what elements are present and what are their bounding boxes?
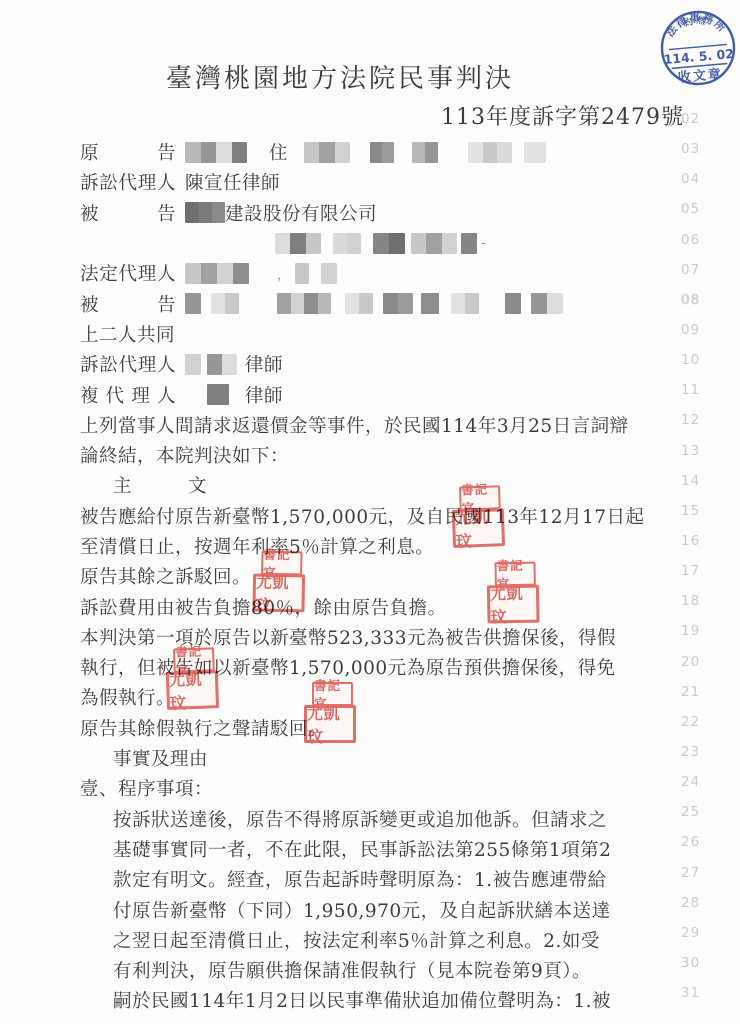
redaction-cell: [531, 293, 547, 314]
line-number: 04: [681, 164, 700, 194]
clerk-seal-stamp: 書記官尤凱玟: [486, 562, 541, 623]
redaction-cell: [451, 293, 465, 314]
text-segment: 律師: [245, 351, 283, 377]
line-number: 10: [681, 345, 700, 375]
doc-line: 訴訟代理人陳宣任律師: [80, 167, 680, 197]
label-char: 人: [157, 382, 176, 408]
doc-line: 嗣於民國114年1月2日以民事準備狀追加備位聲明為：1.被: [80, 985, 680, 1015]
redaction-cell: [382, 142, 394, 163]
redaction-cell: [319, 142, 334, 163]
redaction-cell: [211, 293, 225, 314]
redaction-cell: [524, 142, 546, 163]
redaction-block: [185, 293, 201, 314]
spacer: [394, 152, 412, 153]
text-segment: 上二人共同: [80, 321, 175, 347]
text-segment: 原告其餘之訴駁回。: [80, 563, 251, 589]
label-char: 代: [118, 351, 137, 377]
text-segment: 律師: [245, 382, 283, 408]
doc-line: 有利判決，原告願供擔保請准假執行（見本院卷第9頁）。: [80, 955, 680, 985]
doc-line: 法定代理人，: [80, 258, 680, 288]
spacer: [361, 243, 373, 244]
line-number: 14: [681, 466, 700, 496]
redaction-cell: [389, 233, 405, 254]
doc-line: 付原告新臺幣（下同）1,950,970元，及自起訴狀繕本送達: [80, 894, 680, 924]
line-number: 07: [681, 255, 700, 285]
label-char: 告: [157, 200, 176, 226]
label-char: 定: [99, 260, 118, 286]
spacer: [438, 152, 468, 153]
doc-line: 壹、程序事項：: [80, 773, 680, 803]
line-number: 21: [681, 677, 700, 707]
line-number: 11: [681, 375, 700, 405]
spacer: [309, 273, 321, 274]
doc-line: 上二人共同: [80, 319, 680, 349]
redaction-cell: [291, 293, 305, 314]
redaction-cell: [412, 142, 425, 163]
text-segment: 建設股份有限公司: [225, 200, 377, 226]
line-label: 訴訟代理人: [80, 351, 176, 377]
line-number: 16: [681, 526, 700, 556]
redaction-cell: [425, 142, 438, 163]
label-char: 理: [131, 382, 150, 408]
label-char: 訟: [99, 351, 118, 377]
redaction-cell: [497, 142, 512, 163]
redaction-block: [524, 142, 546, 163]
redaction-cell: [201, 142, 217, 163]
redaction-cell: [411, 233, 426, 254]
redaction-cell: [505, 293, 521, 314]
label-char: 複: [80, 382, 99, 408]
spacer: [479, 303, 505, 304]
spacer: [229, 394, 245, 395]
text-segment: 原告其餘假執行之聲請駁回。: [80, 715, 327, 741]
redaction-block: [461, 233, 477, 254]
redaction-cell: [225, 293, 239, 314]
redaction-block: [373, 233, 405, 254]
redaction-block: [275, 233, 321, 254]
clerk-seal-name: 尤凱玟: [252, 574, 305, 613]
line-number: 29: [681, 918, 700, 948]
spacer: [185, 394, 207, 395]
redaction-block: [185, 142, 247, 163]
label-char: 訴: [80, 351, 99, 377]
text-segment: 論終結，本院判決如下：: [80, 442, 289, 468]
redaction-block: [277, 293, 331, 314]
label-char: 訟: [99, 169, 118, 195]
line-number: 22: [681, 707, 700, 737]
doc-line: 至清償日止，按週年利率5％計算之利息。: [80, 531, 680, 561]
spacer: [249, 273, 277, 274]
redaction-cell: [421, 293, 439, 314]
document-body: 原告住訴訟代理人陳宣任律師被告建設股份有限公司-法定代理人，被告上二人共同訴訟代…: [80, 137, 680, 1016]
clerk-seal-name: 尤凱玟: [452, 508, 505, 548]
redaction-cell: [185, 354, 201, 375]
doc-line: 被告應給付原告新臺幣1,570,000元，及自民國113年12月17日起: [80, 501, 680, 531]
line-number: 30: [681, 948, 700, 978]
doc-line: 按訴狀送達後，原告不得將原訴變更或追加他訴。但請求之: [80, 804, 680, 834]
redaction-cell: [217, 263, 233, 284]
label-char: 代: [118, 260, 137, 286]
redaction-cell: [347, 233, 361, 254]
doc-line: 原告住: [80, 137, 680, 167]
text-segment: 被告應給付原告新臺幣1,570,000元，及自民國113年12月17日起: [80, 503, 645, 529]
doc-line: 原告其餘假執行之聲請駁回。: [80, 713, 680, 743]
spacer: [373, 303, 383, 304]
redaction-cell: [465, 293, 479, 314]
scanned-judgment-page: 臺灣桃園地方法院民事判決 113年度訴字第2479號 原告住訴訟代理人陳宣任律師…: [0, 0, 740, 1024]
redaction-cell: [277, 293, 291, 314]
doc-line: 論終結，本院判決如下：: [80, 440, 680, 470]
line-number: 03: [681, 134, 700, 164]
doc-line: 訴訟費用由被告負擔80％，餘由原告負擔。: [80, 591, 680, 621]
label-char: 人: [157, 169, 176, 195]
label-char: 被: [80, 291, 99, 317]
redaction-cell: [207, 384, 229, 405]
line-number: 19: [681, 616, 700, 646]
redaction-block: [185, 202, 225, 223]
line-number: 17: [681, 556, 700, 586]
text-segment: 有利判決，原告願供擔保請准假執行（見本院卷第9頁）。: [113, 957, 591, 983]
text-segment: 嗣於民國114年1月2日以民事準備狀追加備位聲明為：1.被: [113, 987, 611, 1013]
redaction-block: [207, 354, 237, 375]
doc-line: 訴訟代理人律師: [80, 349, 680, 379]
label-char: 告: [157, 139, 176, 165]
label-char: 理: [138, 351, 157, 377]
redaction-cell: [370, 142, 382, 163]
doc-line: 基礎事實同一者，不在此限，民事訴訟法第255條第1項第2: [80, 834, 680, 864]
label-char: 人: [157, 351, 176, 377]
spacer: [132, 485, 188, 486]
case-number: 113年度訴字第2479號: [441, 100, 684, 131]
doc-line: -: [80, 228, 680, 258]
line-label: 被告: [80, 200, 176, 226]
redaction-cell: [295, 263, 309, 284]
line-label: 複代理人: [80, 382, 176, 408]
line-number: 12: [681, 405, 700, 435]
label-char: 人: [157, 260, 176, 286]
redaction-block: [345, 293, 373, 314]
redaction-block: [295, 263, 309, 284]
text-segment: 按訴狀送達後，原告不得將原訴變更或追加他訴。但請求之: [113, 806, 607, 832]
redaction-block: [304, 142, 350, 163]
line-number: 13: [681, 436, 700, 466]
line-number: 20: [681, 647, 700, 677]
doc-line: 上列當事人間請求返還價金等事件，於民國114年3月25日言詞辯: [80, 410, 680, 440]
redaction-cell: [335, 142, 350, 163]
redaction-block: [383, 293, 413, 314]
text-segment: 款定有明文。經查，原告起訴時聲明原為：1.被告應連帶給: [113, 866, 607, 892]
label-char: 訴: [80, 169, 99, 195]
redaction-cell: [442, 233, 457, 254]
redaction-block: [421, 293, 439, 314]
line-label: 被告: [80, 291, 176, 317]
label-char: 理: [138, 169, 157, 195]
line-number: 18: [681, 586, 700, 616]
redaction-cell: [373, 233, 389, 254]
redaction-cell: [198, 202, 211, 223]
redaction-block: [531, 293, 563, 314]
text-segment: 陳宣任律師: [185, 169, 280, 195]
redaction-cell: [233, 263, 249, 284]
clerk-seal-stamp: 書記官尤凱玟: [252, 551, 307, 612]
redaction-cell: [304, 293, 318, 314]
text-segment: 事實及理由: [113, 745, 208, 771]
clerk-seal-stamp: 書記官尤凱玟: [165, 647, 221, 709]
redaction-cell: [468, 142, 483, 163]
redaction-cell: [359, 293, 373, 314]
redaction-block: [185, 354, 201, 375]
redaction-cell: [306, 233, 321, 254]
spacer: [239, 303, 277, 304]
text-segment: 住: [269, 139, 288, 165]
redaction-block: [370, 142, 394, 163]
redaction-cell: [321, 263, 337, 284]
spacer: [439, 303, 451, 304]
redaction-cell: [185, 263, 201, 284]
redaction-cell: [185, 202, 198, 223]
redaction-cell: [201, 263, 217, 284]
redaction-cell: [547, 293, 563, 314]
line-number: 15: [681, 496, 700, 526]
doc-line: 被告: [80, 288, 680, 318]
clerk-seal-name: 尤凱玟: [304, 705, 356, 743]
doc-line: 事實及理由: [80, 743, 680, 773]
spacer: [185, 243, 275, 244]
line-number: 27: [681, 858, 700, 888]
label-char: 原: [80, 139, 99, 165]
text-segment: 為假執行。: [80, 684, 175, 710]
line-number: 02: [681, 104, 700, 134]
redaction-cell: [222, 354, 237, 375]
spacer: [201, 303, 211, 304]
label-char: 理: [138, 260, 157, 286]
line-number: 24: [681, 767, 700, 797]
stamp-firm-name: 法律事務所: [662, 9, 730, 40]
spacer: [247, 152, 269, 153]
doc-line: 被告建設股份有限公司: [80, 198, 680, 228]
redaction-cell: [232, 142, 248, 163]
doc-line: 原告其餘之訴駁回。: [80, 561, 680, 591]
redaction-block: [505, 293, 521, 314]
line-number: 28: [681, 888, 700, 918]
text-segment: ，: [277, 264, 291, 283]
label-char: 代: [118, 169, 137, 195]
text-segment: 文: [188, 472, 207, 498]
line-number: 09: [681, 315, 700, 345]
text-segment: 之翌日起至清償日止，按法定利率5％計算之利息。2.如受: [113, 927, 600, 953]
redaction-block: [185, 263, 249, 284]
doc-line: 款定有明文。經查，原告起訴時聲明原為：1.被告應連帶給: [80, 864, 680, 894]
redaction-cell: [290, 233, 305, 254]
redaction-block: [333, 233, 361, 254]
spacer: [512, 152, 524, 153]
line-number: 26: [681, 827, 700, 857]
line-number: 25: [681, 797, 700, 827]
spacer: [291, 273, 295, 274]
svg-text:法律事務所: 法律事務所: [662, 9, 730, 40]
redaction-block: [412, 142, 438, 163]
redaction-cell: [398, 293, 413, 314]
line-number: 08: [681, 285, 700, 315]
doc-line: 之翌日起至清償日止，按法定利率5％計算之利息。2.如受: [80, 925, 680, 955]
line-number: 05: [681, 194, 700, 224]
redaction-cell: [216, 142, 232, 163]
redaction-cell: [185, 293, 201, 314]
page-title: 臺灣桃園地方法院民事判決: [0, 58, 680, 95]
redaction-block: [411, 233, 457, 254]
redaction-cell: [212, 202, 225, 223]
redaction-cell: [345, 293, 359, 314]
text-segment: 本判決第一項於原告以新臺幣523,333元為被告供擔保後，得假: [80, 624, 616, 650]
redaction-cell: [304, 142, 319, 163]
redaction-cell: [426, 233, 441, 254]
doc-line: 主文: [80, 470, 680, 500]
clerk-seal-name: 尤凱玟: [166, 670, 219, 710]
clerk-seal-name: 尤凱玟: [487, 585, 540, 624]
spacer: [237, 364, 245, 365]
doc-line: 複代理人律師: [80, 379, 680, 409]
doc-line: 本判決第一項於原告以新臺幣523,333元為被告供擔保後，得假: [80, 622, 680, 652]
spacer: [521, 303, 531, 304]
redaction-cell: [207, 354, 222, 375]
redaction-cell: [383, 293, 398, 314]
spacer: [350, 152, 370, 153]
redaction-block: [468, 142, 512, 163]
redaction-cell: [318, 293, 332, 314]
line-label: 法定代理人: [80, 260, 176, 286]
redaction-cell: [275, 233, 290, 254]
spacer: [321, 243, 333, 244]
redaction-cell: [483, 142, 498, 163]
text-segment: 上列當事人間請求返還價金等事件，於民國114年3月25日言詞辯: [80, 412, 629, 438]
redaction-block: [451, 293, 479, 314]
label-char: 法: [80, 260, 99, 286]
stamp-received-label: 收文章: [677, 66, 723, 86]
line-number: 06: [681, 225, 700, 255]
text-segment: 基礎事實同一者，不在此限，民事訴訟法第255條第1項第2: [113, 836, 611, 862]
line-label: 原告: [80, 139, 176, 165]
line-number: 23: [681, 737, 700, 767]
redaction-cell: [333, 233, 347, 254]
spacer: [331, 303, 345, 304]
clerk-seal-stamp: 書記官尤凱玟: [451, 485, 507, 547]
redaction-block: [211, 293, 239, 314]
redaction-block: [321, 263, 337, 284]
text-segment: 主: [113, 472, 132, 498]
text-segment: -: [481, 236, 486, 251]
label-char: 代: [106, 382, 125, 408]
label-char: 被: [80, 200, 99, 226]
spacer: [288, 152, 304, 153]
text-segment: 付原告新臺幣（下同）1,950,970元，及自起訴狀繕本送達: [113, 897, 611, 923]
text-segment: 壹、程序事項：: [80, 775, 213, 801]
label-char: 告: [157, 291, 176, 317]
redaction-cell: [185, 142, 201, 163]
redaction-cell: [461, 233, 477, 254]
law-firm-receipt-stamp-icon: 灼然 法律事務所 114. 5. 02 收文章: [654, 3, 740, 94]
redaction-block: [207, 384, 229, 405]
line-label: 訴訟代理人: [80, 169, 176, 195]
line-number-column: 0203040506070809101112131415161718192021…: [681, 104, 700, 1008]
line-number: 31: [681, 978, 700, 1008]
spacer: [413, 303, 421, 304]
clerk-seal-stamp: 書記官尤凱玟: [304, 682, 358, 742]
